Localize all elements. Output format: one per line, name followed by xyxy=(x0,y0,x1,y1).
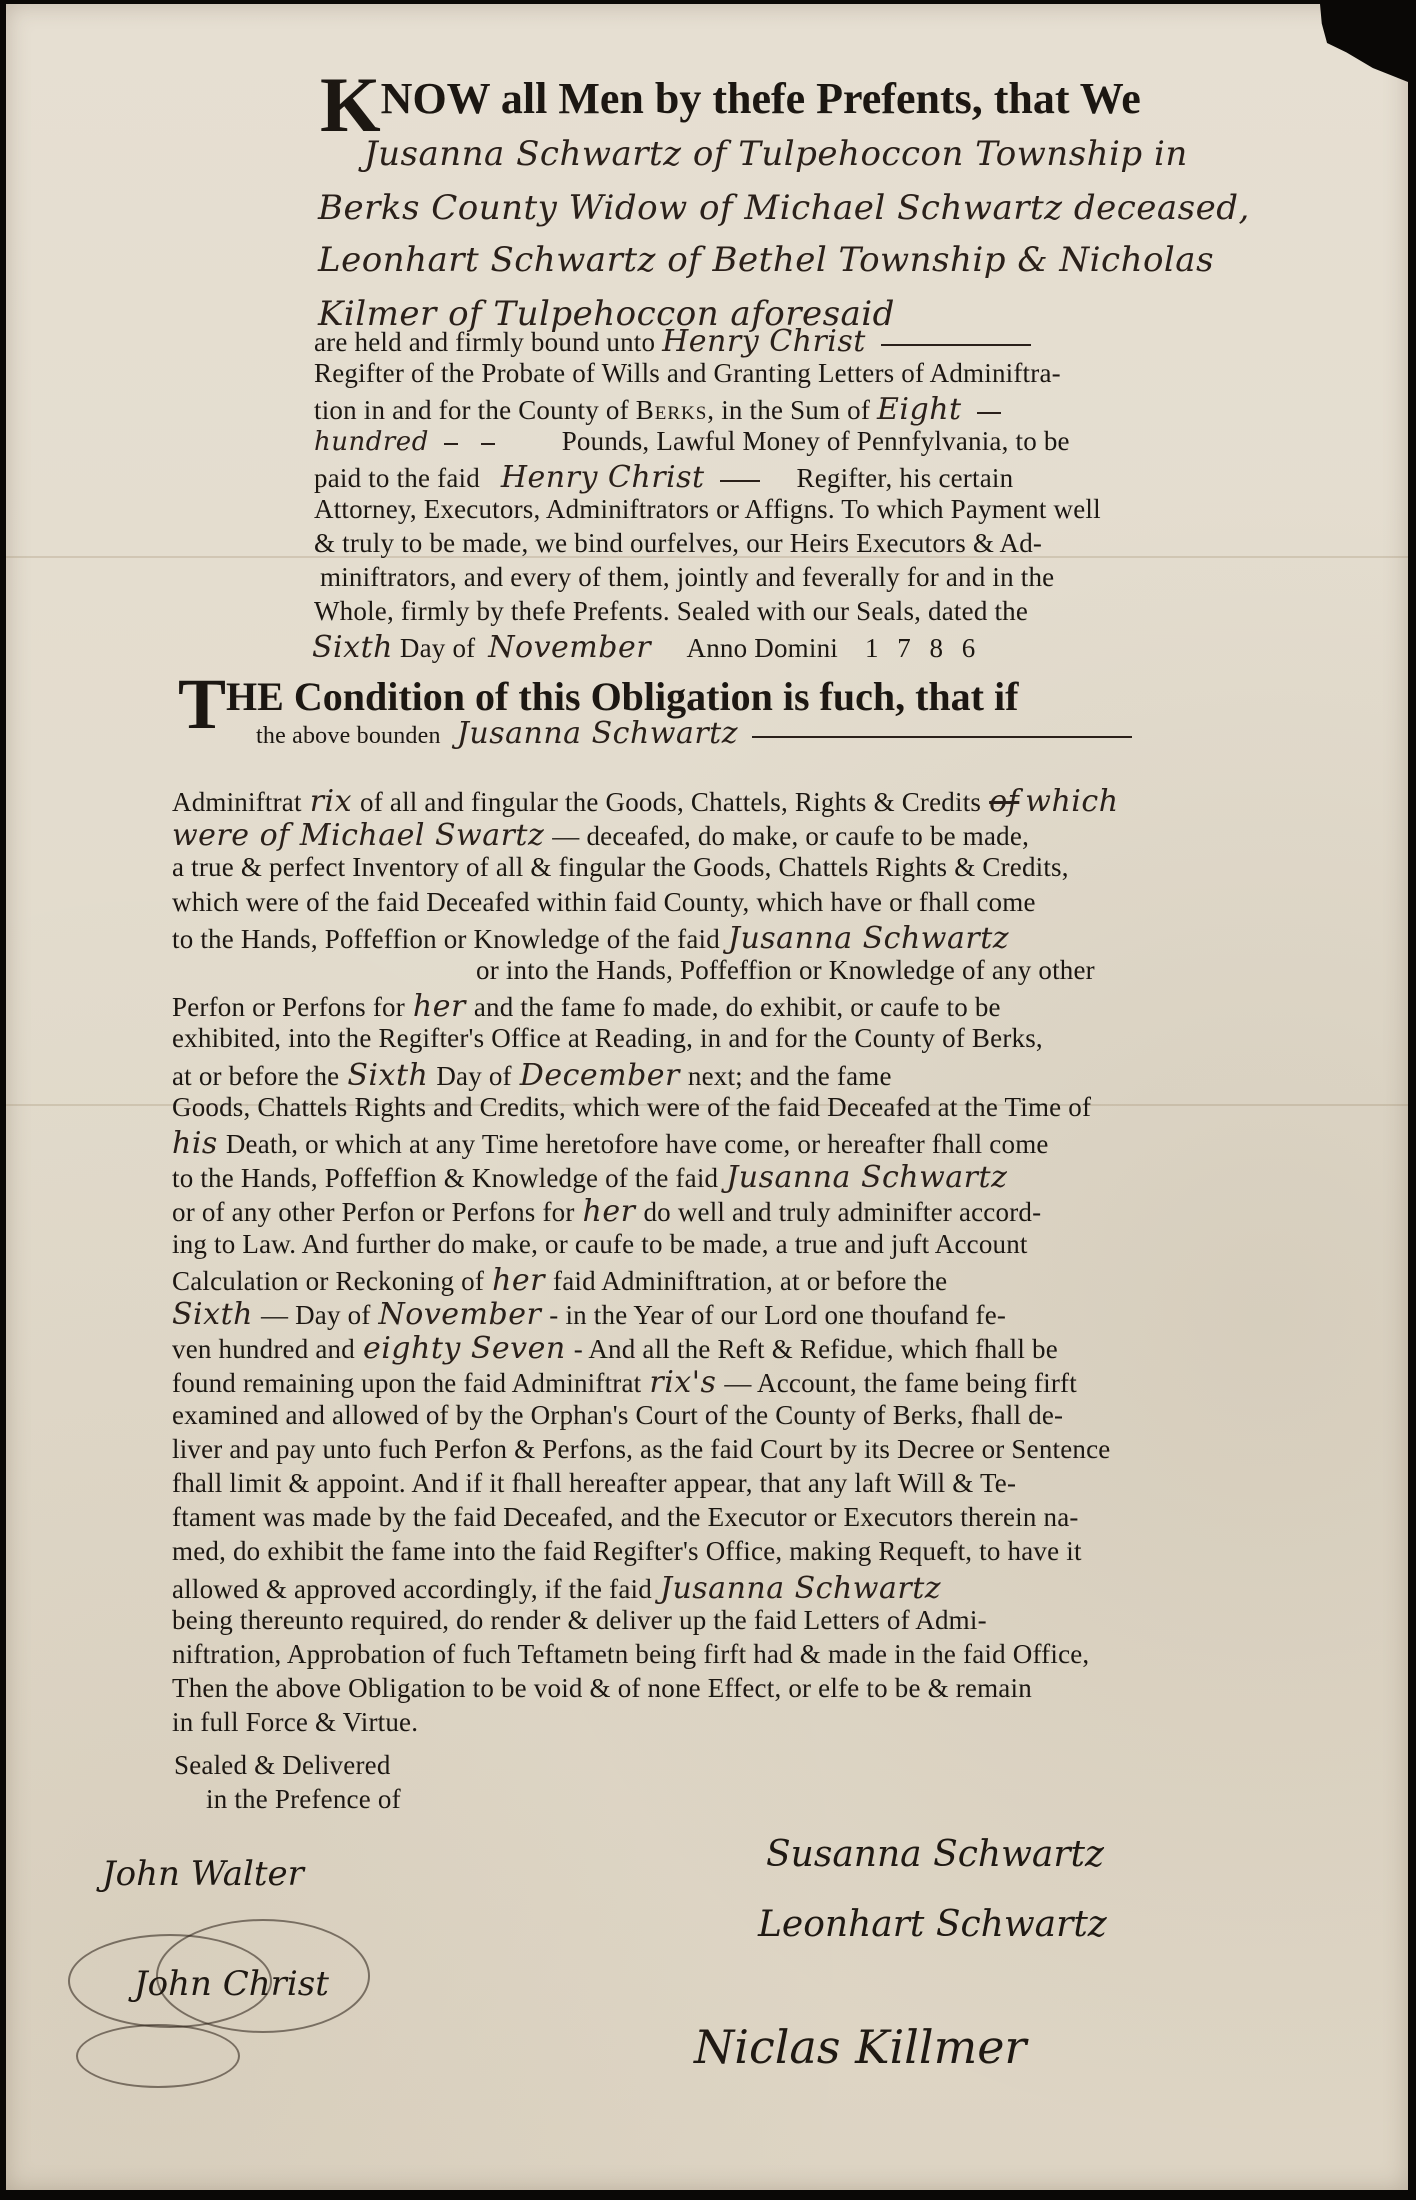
obligor-line: Jusanna Schwartz of Tulpehoccon Township… xyxy=(364,134,1188,174)
condition-line: a true & perfect Inventory of all & fing… xyxy=(172,852,1077,883)
printed-text: ing to Law. And further do make, or cauf… xyxy=(172,1229,1028,1259)
condition-line: in full Force & Virtue. xyxy=(172,1707,426,1738)
obligor-line: Berks County Widow of Michael Schwartz d… xyxy=(318,188,1250,228)
condition-line: Adminiftratrixof all and fingular the Go… xyxy=(172,784,1127,819)
signature-flourish xyxy=(156,1919,370,2033)
printed-text: a true & perfect Inventory of all & fing… xyxy=(172,852,1069,882)
sum-amount: Eight xyxy=(877,392,962,427)
date-year: 1 7 8 6 xyxy=(865,633,981,663)
obligor-signature: Susanna Schwartz xyxy=(766,1834,1104,1875)
handwritten-fill: her xyxy=(583,1194,636,1229)
handwritten-fill: rix's xyxy=(649,1365,716,1400)
condition-line: to the Hands, Poffeffion or Knowledge of… xyxy=(172,921,1017,956)
document-heading: KNOW all Men by thefe Prefents, that We xyxy=(320,66,1141,144)
condition-line: liver and pay unto fuch Perfon & Perfons… xyxy=(172,1434,1118,1465)
printed-text: or of any other Perfon or Perfons for xyxy=(172,1197,575,1227)
handwritten-fill: Jusanna Schwartz xyxy=(728,921,1009,956)
handwritten-fill: were of Michael Swartz xyxy=(172,818,544,853)
printed-text: to the Hands, Poffeffion & Knowledge of … xyxy=(172,1163,718,1193)
condition-line: hisDeath, or which at any Time heretofor… xyxy=(172,1126,1057,1161)
printed-text: ven hundred and xyxy=(172,1334,355,1364)
handwritten-fill: her xyxy=(413,989,466,1024)
printed-text: — deceafed, do make, or caufe to be made… xyxy=(552,821,1029,851)
signature-flourish xyxy=(76,2024,240,2088)
condition-line: which were of the faid Deceafed within f… xyxy=(172,887,1044,918)
printed-text: Perfon or Perfons for xyxy=(172,992,405,1022)
printed-text: — Day of xyxy=(261,1300,371,1330)
printed-text: do well and truly adminifter accord- xyxy=(643,1197,1041,1227)
printed-text: in full Force & Virtue. xyxy=(172,1707,418,1737)
handwritten-fill: his xyxy=(172,1126,218,1161)
printed-text: fhall limit & appoint. And if it fhall h… xyxy=(172,1468,1016,1498)
witness-signature: John Walter xyxy=(102,1854,304,1894)
printed-text: allowed & approved accordingly, if the f… xyxy=(172,1574,652,1604)
condition-line: allowed & approved accordingly, if the f… xyxy=(172,1571,949,1606)
printed-text: being thereunto required, do render & de… xyxy=(172,1605,987,1635)
condition-line: Calculation or Reckoning ofherfaid Admin… xyxy=(172,1263,955,1298)
condition-line: Perfon or Perfons forherand the fame fo … xyxy=(172,989,1009,1024)
obligor-line: Leonhart Schwartz of Bethel Township & N… xyxy=(318,240,1214,280)
condition-line: at or before theSixthDay ofDecembernext;… xyxy=(172,1058,900,1093)
handwritten-fill: November xyxy=(379,1297,542,1332)
county-name: Berks xyxy=(636,395,708,425)
struck-word: of xyxy=(989,784,1019,819)
condition-line: exhibited, into the Regifter's Office at… xyxy=(172,1023,1051,1054)
condition-line: being thereunto required, do render & de… xyxy=(172,1605,995,1636)
condition-line: or into the Hands, Poffeffion or Knowled… xyxy=(476,955,1103,986)
bond-line: Whole, firmly by thefe Prefents. Sealed … xyxy=(314,596,1028,627)
handwritten-fill: December xyxy=(520,1058,680,1093)
bond-line: Regifter of the Probate of Wills and Gra… xyxy=(314,358,1061,389)
torn-corner xyxy=(1320,4,1408,82)
printed-text: Day of xyxy=(436,1061,511,1091)
bond-date-line: Sixth Day of November Anno Domini 1 7 8 … xyxy=(312,630,981,665)
in-presence-of: in the Prefence of xyxy=(206,1784,401,1815)
printed-text: Adminiftrat xyxy=(172,787,302,817)
handwritten-fill: which xyxy=(1025,784,1118,819)
bond-line: paid to the faid Henry Christ Regifter, … xyxy=(314,460,1013,495)
bond-line: Attorney, Executors, Adminiftrators or A… xyxy=(314,494,1101,525)
printed-text: liver and pay unto fuch Perfon & Perfons… xyxy=(172,1434,1110,1464)
bond-line: hundred Pounds, Lawful Money of Pennfylv… xyxy=(314,426,1070,457)
printed-text: Goods, Chattels Rights and Credits, whic… xyxy=(172,1092,1091,1122)
printed-text: or into the Hands, Poffeffion or Knowled… xyxy=(476,955,1095,985)
printed-text: faid Adminiftration, at or before the xyxy=(553,1266,947,1296)
printed-text: — Account, the fame being firft xyxy=(724,1368,1077,1398)
printed-text: to the Hands, Poffeffion or Knowledge of… xyxy=(172,924,720,954)
condition-line: fhall limit & appoint. And if it fhall h… xyxy=(172,1468,1024,1499)
condition-line: ven hundred andeighty Seven- And all the… xyxy=(172,1331,1066,1366)
condition-line: to the Hands, Poffeffion & Knowledge of … xyxy=(172,1160,1015,1195)
bounden-name: Jusanna Schwartz xyxy=(457,716,738,751)
handwritten-fill: Jusanna Schwartz xyxy=(660,1571,941,1606)
bond-line: tion in and for the County of Berks, in … xyxy=(314,392,1009,427)
bond-line: are held and firmly bound unto Henry Chr… xyxy=(314,324,1039,359)
condition-line: found remaining upon the faid Adminiftra… xyxy=(172,1365,1085,1400)
condition-line: niftration, Approbation of fuch Teftamet… xyxy=(172,1639,1097,1670)
printed-text: exhibited, into the Regifter's Office at… xyxy=(172,1023,1043,1053)
drop-cap-t: T xyxy=(178,664,226,744)
sum-amount: hundred xyxy=(314,427,429,457)
condition-line: Sixth— Day ofNovember- in the Year of ou… xyxy=(172,1297,1014,1332)
condition-line: or of any other Perfon or Perfons forher… xyxy=(172,1194,1049,1229)
printed-text: med, do exhibit the fame into the faid R… xyxy=(172,1536,1082,1566)
heading-text: NOW all Men by thefe Prefents, that We xyxy=(381,74,1141,123)
handwritten-fill: her xyxy=(492,1263,545,1298)
bond-line: & truly to be made, we bind ourfelves, o… xyxy=(314,528,1042,559)
obligor-signature: Niclas Killmer xyxy=(694,2020,1026,2074)
obligor-signature: Leonhart Schwartz xyxy=(758,1904,1107,1945)
printed-text: of all and fingular the Goods, Chattels,… xyxy=(360,787,981,817)
printed-text: niftration, Approbation of fuch Teftamet… xyxy=(172,1639,1089,1669)
printed-text: next; and the fame xyxy=(688,1061,892,1091)
payee-name: Henry Christ xyxy=(501,460,705,495)
register-name: Henry Christ xyxy=(662,324,866,359)
printed-text: which were of the faid Deceafed within f… xyxy=(172,887,1036,917)
date-day: Sixth xyxy=(312,630,393,665)
condition-line: ing to Law. And further do make, or cauf… xyxy=(172,1229,1036,1260)
printed-text: - in the Year of our Lord one thoufand f… xyxy=(549,1300,1006,1330)
printed-text: Death, or which at any Time heretofore h… xyxy=(226,1129,1049,1159)
handwritten-fill: rix xyxy=(310,784,352,819)
printed-text: ftament was made by the faid Deceafed, a… xyxy=(172,1502,1079,1532)
printed-text: examined and allowed of by the Orphan's … xyxy=(172,1400,1063,1430)
condition-line: Goods, Chattels Rights and Credits, whic… xyxy=(172,1092,1099,1123)
bounden-line: the above bounden Jusanna Schwartz xyxy=(256,716,1140,751)
handwritten-fill: eighty Seven xyxy=(363,1331,566,1366)
sealed-delivered: Sealed & Delivered xyxy=(174,1750,391,1781)
handwritten-fill: Jusanna Schwartz xyxy=(726,1160,1007,1195)
handwritten-fill: Sixth xyxy=(172,1297,253,1332)
condition-line: ftament was made by the faid Deceafed, a… xyxy=(172,1502,1087,1533)
condition-line: med, do exhibit the fame into the faid R… xyxy=(172,1536,1090,1567)
condition-line: were of Michael Swartz— deceafed, do mak… xyxy=(172,818,1037,853)
printed-text: Calculation or Reckoning of xyxy=(172,1266,484,1296)
condition-line: examined and allowed of by the Orphan's … xyxy=(172,1400,1071,1431)
printed-text: Then the above Obligation to be void & o… xyxy=(172,1673,1032,1703)
printed-text: - And all the Reft & Refidue, which fhal… xyxy=(574,1334,1058,1364)
date-month: November xyxy=(488,630,651,665)
condition-heading-text: HE Condition of this Obligation is fuch,… xyxy=(226,674,1018,719)
condition-line: Then the above Obligation to be void & o… xyxy=(172,1673,1040,1704)
bond-line: miniftrators, and every of them, jointly… xyxy=(320,562,1054,593)
document-page: KNOW all Men by thefe Prefents, that We … xyxy=(6,4,1408,2190)
handwritten-fill: Sixth xyxy=(347,1058,428,1093)
printed-text: found remaining upon the faid Adminiftra… xyxy=(172,1368,641,1398)
printed-text: and the fame fo made, do exhibit, or cau… xyxy=(474,992,1001,1022)
printed-text: at or before the xyxy=(172,1061,339,1091)
